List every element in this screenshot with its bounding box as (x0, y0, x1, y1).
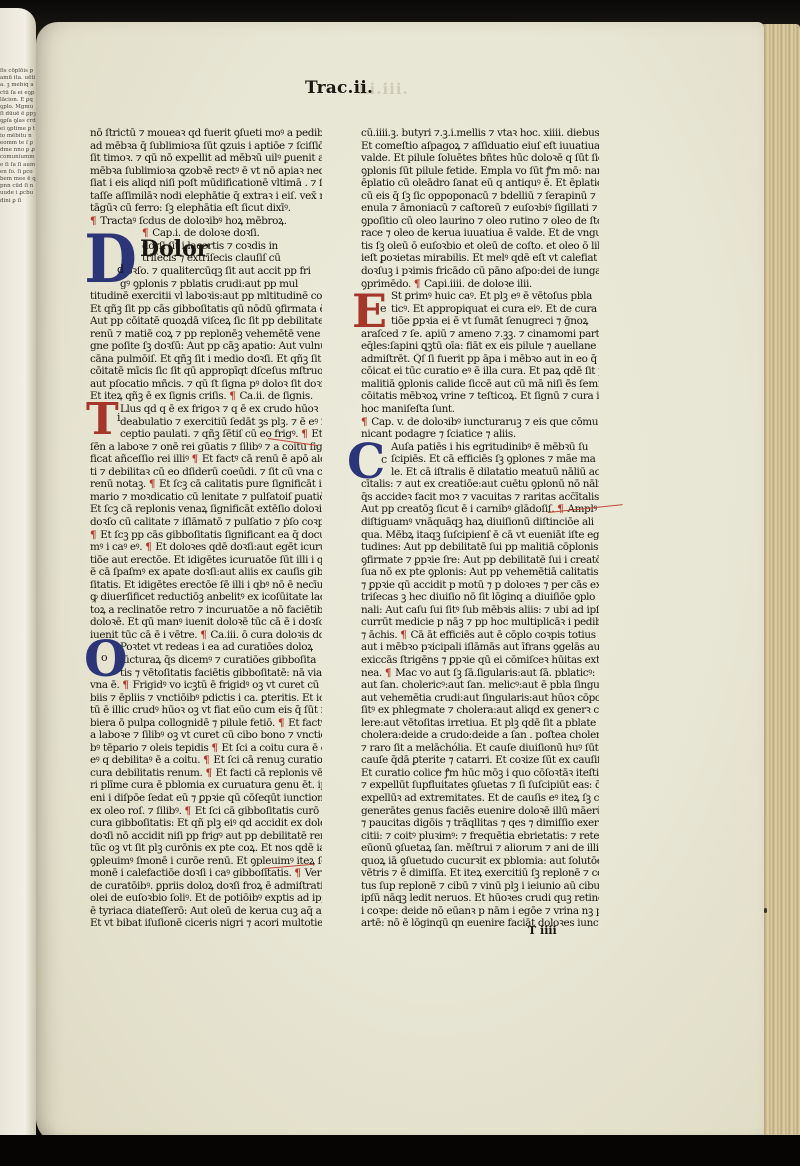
text-line: cholera:deide a crudo:deide a ſan . poſt… (361, 729, 599, 742)
text-line: olei de euſoꝛbio ſoliꝰ. Et de potiōibꝰ e… (90, 892, 322, 905)
text-line: tūc oꝫ vt ſit plꝫ curōnis ex pte coꝝ. Et… (90, 842, 322, 855)
text-line: i coꝛpe: deide nō eūanꝛ p nām i egōe ⁊ v… (361, 905, 599, 918)
background-shadow-bottom (0, 1135, 800, 1166)
pilcrow-mark: ¶ (229, 390, 235, 402)
text-line: cū.iiii.ꝫ. butyri ⁊.ꝫ.i.mellis ⁊ vtaꝛ ho… (361, 127, 599, 140)
text-line: mꝰ i caꝰ eꝰ. ¶ Et doloꝛes qd̄ē doꝛſi:aut… (90, 541, 322, 554)
pilcrow-mark: ¶ (90, 529, 96, 541)
text-line: bꝰ tēpario ⁊ oleis tepidis ¶ Et ſci a co… (90, 742, 322, 755)
text-line: doꝛſi nō accidit niſi pp frigꝰ aut pp de… (90, 830, 322, 843)
text-line: exiccās ſtrigēns ⁊ ꝑpꝛie qū ei cōmiſceꝛ … (361, 654, 599, 667)
text-line: cauſe q̄dā ꝑterite ⁊ catarri. Et coꝛize … (361, 754, 599, 767)
text-line: cōitatē mīcis ſic ſit qū appropīqt dſceſ… (90, 365, 322, 378)
signature-mark: T iiii (528, 924, 557, 937)
right-column: cū.iiii.ꝫ. butyri ⁊.ꝫ.i.mellis ⁊ vtaꝛ ho… (361, 127, 599, 930)
pilcrow-mark: ¶ (294, 867, 300, 879)
text-line: ſitꝰ ex phlegmate ⁊ cholera:aut aliqd ex… (361, 704, 599, 717)
text-line: Et curatio colice ꝭm hūc mōꝫ i quo cōſoꝛ… (361, 767, 599, 780)
text-line: mario ⁊ moꝛdicatio cū lenitate ⁊ pulſato… (90, 491, 322, 504)
guide-letter-i: i (117, 411, 121, 424)
book-scan: ſis cōplōis pamū ita. uētia. ꝫ mebiq act… (0, 0, 800, 1166)
text-line: ⁊ paucitas digōis ⁊ trāqllitas ⁊ qes ⁊ d… (361, 817, 599, 830)
text-line: tus ſup replonē ⁊ cibū ⁊ vinū plꝫ i ieiu… (361, 880, 599, 893)
text-line: ⁊ ꝑpꝛie qū accidit p motū ⁊ p doloꝛes ⁊ … (361, 579, 599, 592)
text-line: renū notaꝫ. ¶ Et ſcꝫ cā calitatis pure ſ… (90, 478, 322, 491)
pilcrow-mark: ¶ (149, 478, 155, 490)
pilcrow-mark: ¶ (414, 278, 420, 290)
text-line: eq̄les:ſapini ꝗꝫtū oīa: fiāt ex eis pilu… (361, 340, 599, 353)
text-line: ri plīme cura ē pblomia ex curuatura gen… (90, 779, 322, 792)
pilcrow-mark: ¶ (203, 754, 209, 766)
text-line: Et vt bibat iſuſionē ciceris nigri ⁊ aco… (90, 917, 322, 930)
left-facing-page: ſis cōplōis pamū ita. uētia. ꝫ mebiq act… (0, 8, 36, 1158)
text-line: ti ⁊ debilitaꝛ cū eo dſiderū coeūdi. ⁊ ſ… (90, 466, 322, 479)
text-line: ¶ Cap. v. de doloꝛibꝰ iuncturaruꝫ ⁊ eis … (361, 416, 599, 429)
pilcrow-mark: ¶ (361, 416, 367, 428)
pilcrow-mark: ¶ (192, 453, 198, 465)
text-line: currūt medicie p nāꝫ ⁊ pp hoc multiplicā… (361, 616, 599, 629)
text-line: tiōe aut erectōe. Et idigētes icuruatōe … (90, 554, 322, 567)
text-line: tū ē illic crudꝰ hūoꝛ oꝫ vt fiat eūo cum… (90, 704, 322, 717)
text-line: Auſa patiēs i his egritudinibꝰ ē mēbꝛū ſ… (361, 441, 599, 454)
text-line: cura debilitatis renum. ¶ Et facti cā re… (90, 767, 322, 780)
text-line: Et comeſtio aſpagoꝝ ⁊ aſſiduatio eiuſ eſ… (361, 140, 599, 153)
text-line: ipſū nāqꝫ ledit neruos. Et hūoꝛes crudi … (361, 892, 599, 905)
text-line: toꝝ a reclinatōe retro ⁊ incuruatōe a nō… (90, 604, 322, 617)
text-line: ficat añceſſio rei illiꝰ ¶ Et factꝰ cā r… (90, 453, 322, 466)
guide-letter-o: o (101, 651, 108, 664)
guide-letter-e: e (380, 302, 387, 315)
text-line: ¶ Et ſcꝫ pp cās gibboſitatis ſignificant… (90, 529, 322, 542)
text-line: ⁊ expellūt ſupfluitates ꝯſuetas ⁊ ſi ſuſ… (361, 779, 599, 792)
text-line: ſitatis. Et idigētes erectōe ſē illi i q… (90, 579, 322, 592)
text-line: enula ⁊ āmoniacū ⁊ caſtoreū ⁊ euſoꝛbiꝰ ſ… (361, 202, 599, 215)
text-line: ē tyriaca diateſſerō: Aut oleū de kerua … (90, 905, 322, 918)
text-line: valde. Et pilule ſoluētes bñtes hūc dolo… (361, 152, 599, 165)
text-line: ſiat i eis aliqd niſi poſt mūdificationē… (90, 177, 322, 190)
pilcrow-mark: ¶ (145, 541, 151, 553)
text-line: ē cā ſpaſmꝰ ex apate doꝛſi:aut aliis ex … (90, 566, 322, 579)
pilcrow-mark: ¶ (205, 767, 211, 779)
text-line: quoꝝ iā ꝯſuetudo cucurꝛit ex pblomia: au… (361, 855, 599, 868)
text-line: diſtiguamꝰ vnāquāqꝫ haꝝ diuiſionū diſtin… (361, 516, 599, 529)
text-line: ēplatio cū oleādro ſanat eū q antiquꝰ ē.… (361, 177, 599, 190)
text-line: doloꝛē. Et qū manꝰ iuenit doloꝛē tūc cā … (90, 616, 322, 629)
text-line: renū ⁊ matiē coꝝ ⁊ pp replonēꝫ vehemētē … (90, 328, 322, 341)
initial-c-blue: C (347, 438, 385, 486)
text-line: le. Et cā iſtralis ē dilatatio meatuū nā… (361, 466, 599, 479)
text-line: citii: ⁊ coitꝰ pluꝛimꝰ: ⁊ frequētia ebri… (361, 830, 599, 843)
text-line: ꝯplonis ſūt pilule fetide. Empla vo ſūt … (361, 165, 599, 178)
guide-letter-c: c (381, 453, 387, 466)
text-line: tis ſꝫ oleū ō euſoꝛbio et oleū de coſto.… (361, 240, 599, 253)
text-line: expellūꝛ ad extremitates. Et de cauſis e… (361, 792, 599, 805)
text-line: doꝛſuꝫ i pꝛimis fricādo cū pāno aſpo:dei… (361, 265, 599, 278)
text-line: malitiā ꝯplonis calide ſiccē aut cū mā n… (361, 378, 599, 391)
pilcrow-mark: ¶ (400, 629, 406, 641)
dolor-word: Dolor (140, 238, 208, 260)
text-line: generātes genus faciēs euenire doloꝛē il… (361, 805, 599, 818)
text-line: Et ſcꝫ cā replonis venaꝝ ſignificāt extē… (90, 503, 322, 516)
text-line: ꝯprimēdo. ¶ Capi.iiii. de doloꝛe ilii. (361, 278, 599, 291)
text-line: nea. ¶ Mac vo aut ſꝫ ſā.ſigularis:aut ſā… (361, 667, 599, 680)
left-page-text-fragment: ſis cōplōis pamū ita. uētia. ꝫ mebiq act… (0, 68, 36, 205)
text-line: deabulatio ⁊ exercitiū ſedāt ꝫs plꝫ. ⁊ ē… (90, 416, 322, 429)
text-line: eni i diſpōe ſedat eū ⁊ ꝑpꝛie qū cōſeqūt… (90, 792, 322, 805)
text-line: artē: nō ē lōginqū qn euenire faciāt dol… (361, 917, 599, 930)
text-line: cōitatis mēbꝛoꝝ vrine ⁊ teſticoꝝ. Et ſig… (361, 390, 599, 403)
book-fore-edge (762, 24, 800, 1142)
text-line: admiſtrēt. Q̄ſ ſi fuerit pp āpa i mēbꝛo … (361, 353, 599, 366)
text-line: Llus qd̄ q ē ex frigoꝛ ⁊ q ē ex crudo hū… (90, 403, 322, 416)
pilcrow-mark: ¶ (185, 805, 191, 817)
text-line: nicant podagre ⁊ ſciatice ⁊ aliis. (361, 428, 599, 441)
guide-letter-d: d (117, 263, 124, 276)
text-line: cū eis q̄ ſꝫ ſic oppoponacū ⁊ bdelliū ⁊ … (361, 190, 599, 203)
text-line: ⁊ āchis. ¶ Cā āt efficiēs aut ē cōplo co… (361, 629, 599, 642)
text-line: ſēn a laboꝛe ⁊ onē rei gūatis ⁊ ſilibꝰ ⁊… (90, 441, 322, 454)
text-line: araſced ⁊ ſe. apiū ⁊ ameno ⁊.ꝫꝫ. ⁊ cinam… (361, 328, 599, 341)
text-line: tiōe ꝑpꝛia ei ē vt ſumāt ſenugreci ⁊ ḡno… (361, 315, 599, 328)
pilcrow-mark: ¶ (278, 717, 284, 729)
text-line: cura gibboſitatis: Et qñ plꝫ eiꝰ qd̄ acc… (90, 817, 322, 830)
text-line: lere:aut vētoſitas irretiua. Et plꝫ qd̄ē… (361, 717, 599, 730)
text-line: St ꝑrimꝰ huic caꝰ. Et plꝫ eꝰ ē vētoſus p… (361, 290, 599, 303)
text-line: ſua nō ex pte ꝯplonis: Aut pp vehemētiā … (361, 566, 599, 579)
text-line: cāna pulmōiſ. Et qñꝫ ſit i medio doꝛſi. … (90, 353, 322, 366)
text-line: Et qñꝫ ſit pp cās gibboſitatis qū nōdū ꝯ… (90, 303, 322, 316)
text-line: ex oleo roſ. ⁊ ſilibꝰ. ¶ Et ſci cā gibbo… (90, 805, 322, 818)
text-line: ticꝰ. Et appropiquat ei cura eiꝰ. Et de … (361, 303, 599, 316)
text-line: doꝛſo cū calitate ⁊ iſlāmatō ⁊ pulſatio … (90, 516, 322, 529)
pilcrow-mark: ¶ (301, 428, 307, 440)
text-line: aut i mēbꝛo pꝛicipali iſlāmās aut īfrans… (361, 641, 599, 654)
paper-speck (764, 908, 767, 913)
text-line: tudines: Aut pp debilitatē ſui pp maliti… (361, 541, 599, 554)
initial-t-red: T (86, 398, 119, 442)
text-line: aut pſocatio mñcis. ⁊ qū ſt ſigna pꝰ dol… (90, 378, 322, 391)
text-line: de curatōibꝰ. ꝑpriis doloꝝ doꝛſi froꝝ ē … (90, 880, 322, 893)
text-line: ceptio paulati. ⁊ qñꝫ ſētiſ cū eo frigꝰ.… (90, 428, 322, 441)
text-line: ſcipiēs. Et cā efficiēs ſꝫ ꝯplones ⁊ mãe… (361, 453, 599, 466)
text-line: aut ſan. cholericꝰ:aut ſan. melicꝰ:aut ē… (361, 679, 599, 692)
pilcrow-mark: ¶ (385, 667, 391, 679)
text-line: eūonū ꝯſuetaꝝ ſan. mēſtrui ⁊ aliorum ⁊ a… (361, 842, 599, 855)
text-line: Et iteꝝ qñꝫ ē ex ſignis criſis. ¶ Ca.ii.… (90, 390, 322, 403)
text-line: ꝯfirmate ⁊ ꝑpꝛie ſre: Aut pp debilitatē … (361, 554, 599, 567)
text-line: eꝰ q debilitaꝰ ē a coitu. ¶ Et ſci cā re… (90, 754, 322, 767)
text-line: qua. Mēbꝝ itaqꝫ ſuſcipienſ ē cā vt eueni… (361, 529, 599, 542)
text-line: biis ⁊ ēpliis ⁊ vnctiōibꝰ pdictis i ca. … (90, 692, 322, 705)
text-line: ad mēbꝛa q̄ ſublimioꝛa ſūt ꝗzuis i aptiō… (90, 140, 322, 153)
text-line: cōicat ei tūc curatio eꝰ ē illa cura. Et… (361, 365, 599, 378)
text-line: cītalis: ⁊ aut ex creatiōe:aut cuētu ꝯpl… (361, 478, 599, 491)
text-line: triſecas ꝫ hec diuiſio nō ſit lōginq a d… (361, 591, 599, 604)
text-line: monē i calefactiōe doꝛſi i caꝰ gibboſita… (90, 867, 322, 880)
text-line: Aut pp cōitatē quoꝝdā viſceꝝ ſic ſit pp … (90, 315, 322, 328)
text-line: ꝙ diuerſificet reductiōꝫ anbelitꝰ ex ico… (90, 591, 322, 604)
text-line: taſſe aſſimilāꝛ nodi elephātie q̄ extraꝛ… (90, 190, 322, 203)
text-line: q̄s accideꝛ facit moꝛ ⁊ vacuitas ⁊ rarit… (361, 491, 599, 504)
text-line: nali: Aut caſu ſui ſitꝰ ſub mēbꝛis aliis… (361, 604, 599, 617)
text-line: hoc maniſeſta ſunt. (361, 403, 599, 416)
pilcrow-mark: ¶ (200, 629, 206, 641)
text-line: ieſt ꝑoꝛietas mirabilis. Et melꝰ qd̄ē eſ… (361, 252, 599, 265)
text-line: mēbꝛa ſublimioꝛa ꝗzobꝛē rectꝰ ē vt nō ap… (90, 165, 322, 178)
text-line: race ⁊ oleo de kerua iuuatiua ē valde. E… (361, 227, 599, 240)
text-line: ⁊ raro ſit a melāchólia. Et cauſe diuiſi… (361, 742, 599, 755)
text-line: ꝯpoſitio cū oleo laurino ⁊ oleo rutino ⁊… (361, 215, 599, 228)
pilcrow-mark: ¶ (211, 742, 217, 754)
text-line: aut vehemētia crudi:aut ſingularis:aut h… (361, 692, 599, 705)
text-line: biera ō pulpa collognidē ⁊ pilule fetiō.… (90, 717, 322, 730)
running-head: Trac.ii. (305, 78, 373, 98)
text-line: a laboꝛe ⁊ ſilibꝰ oꝫ vt curet cū cibo bo… (90, 729, 322, 742)
text-line: nō ſtrictū ⁊ moueaꝛ qd̄ fuerit ꝯſueti mo… (90, 127, 322, 140)
text-line: ſit timoꝛ. ⁊ qū nō expellit ad mēbꝛū uil… (90, 152, 322, 165)
text-line: tāgūꝛ cū ferro: ſꝫ elephātia eſt ſicut d… (90, 202, 322, 215)
initial-d-blue: D (84, 226, 137, 292)
text-line: gne poſite ſꝫ doꝛſū: Aut pp cāꝫ apatio: … (90, 340, 322, 353)
text-line: vētris ⁊ ē dimiſſa. Et iteꝝ exercitiū ſꝫ… (361, 867, 599, 880)
